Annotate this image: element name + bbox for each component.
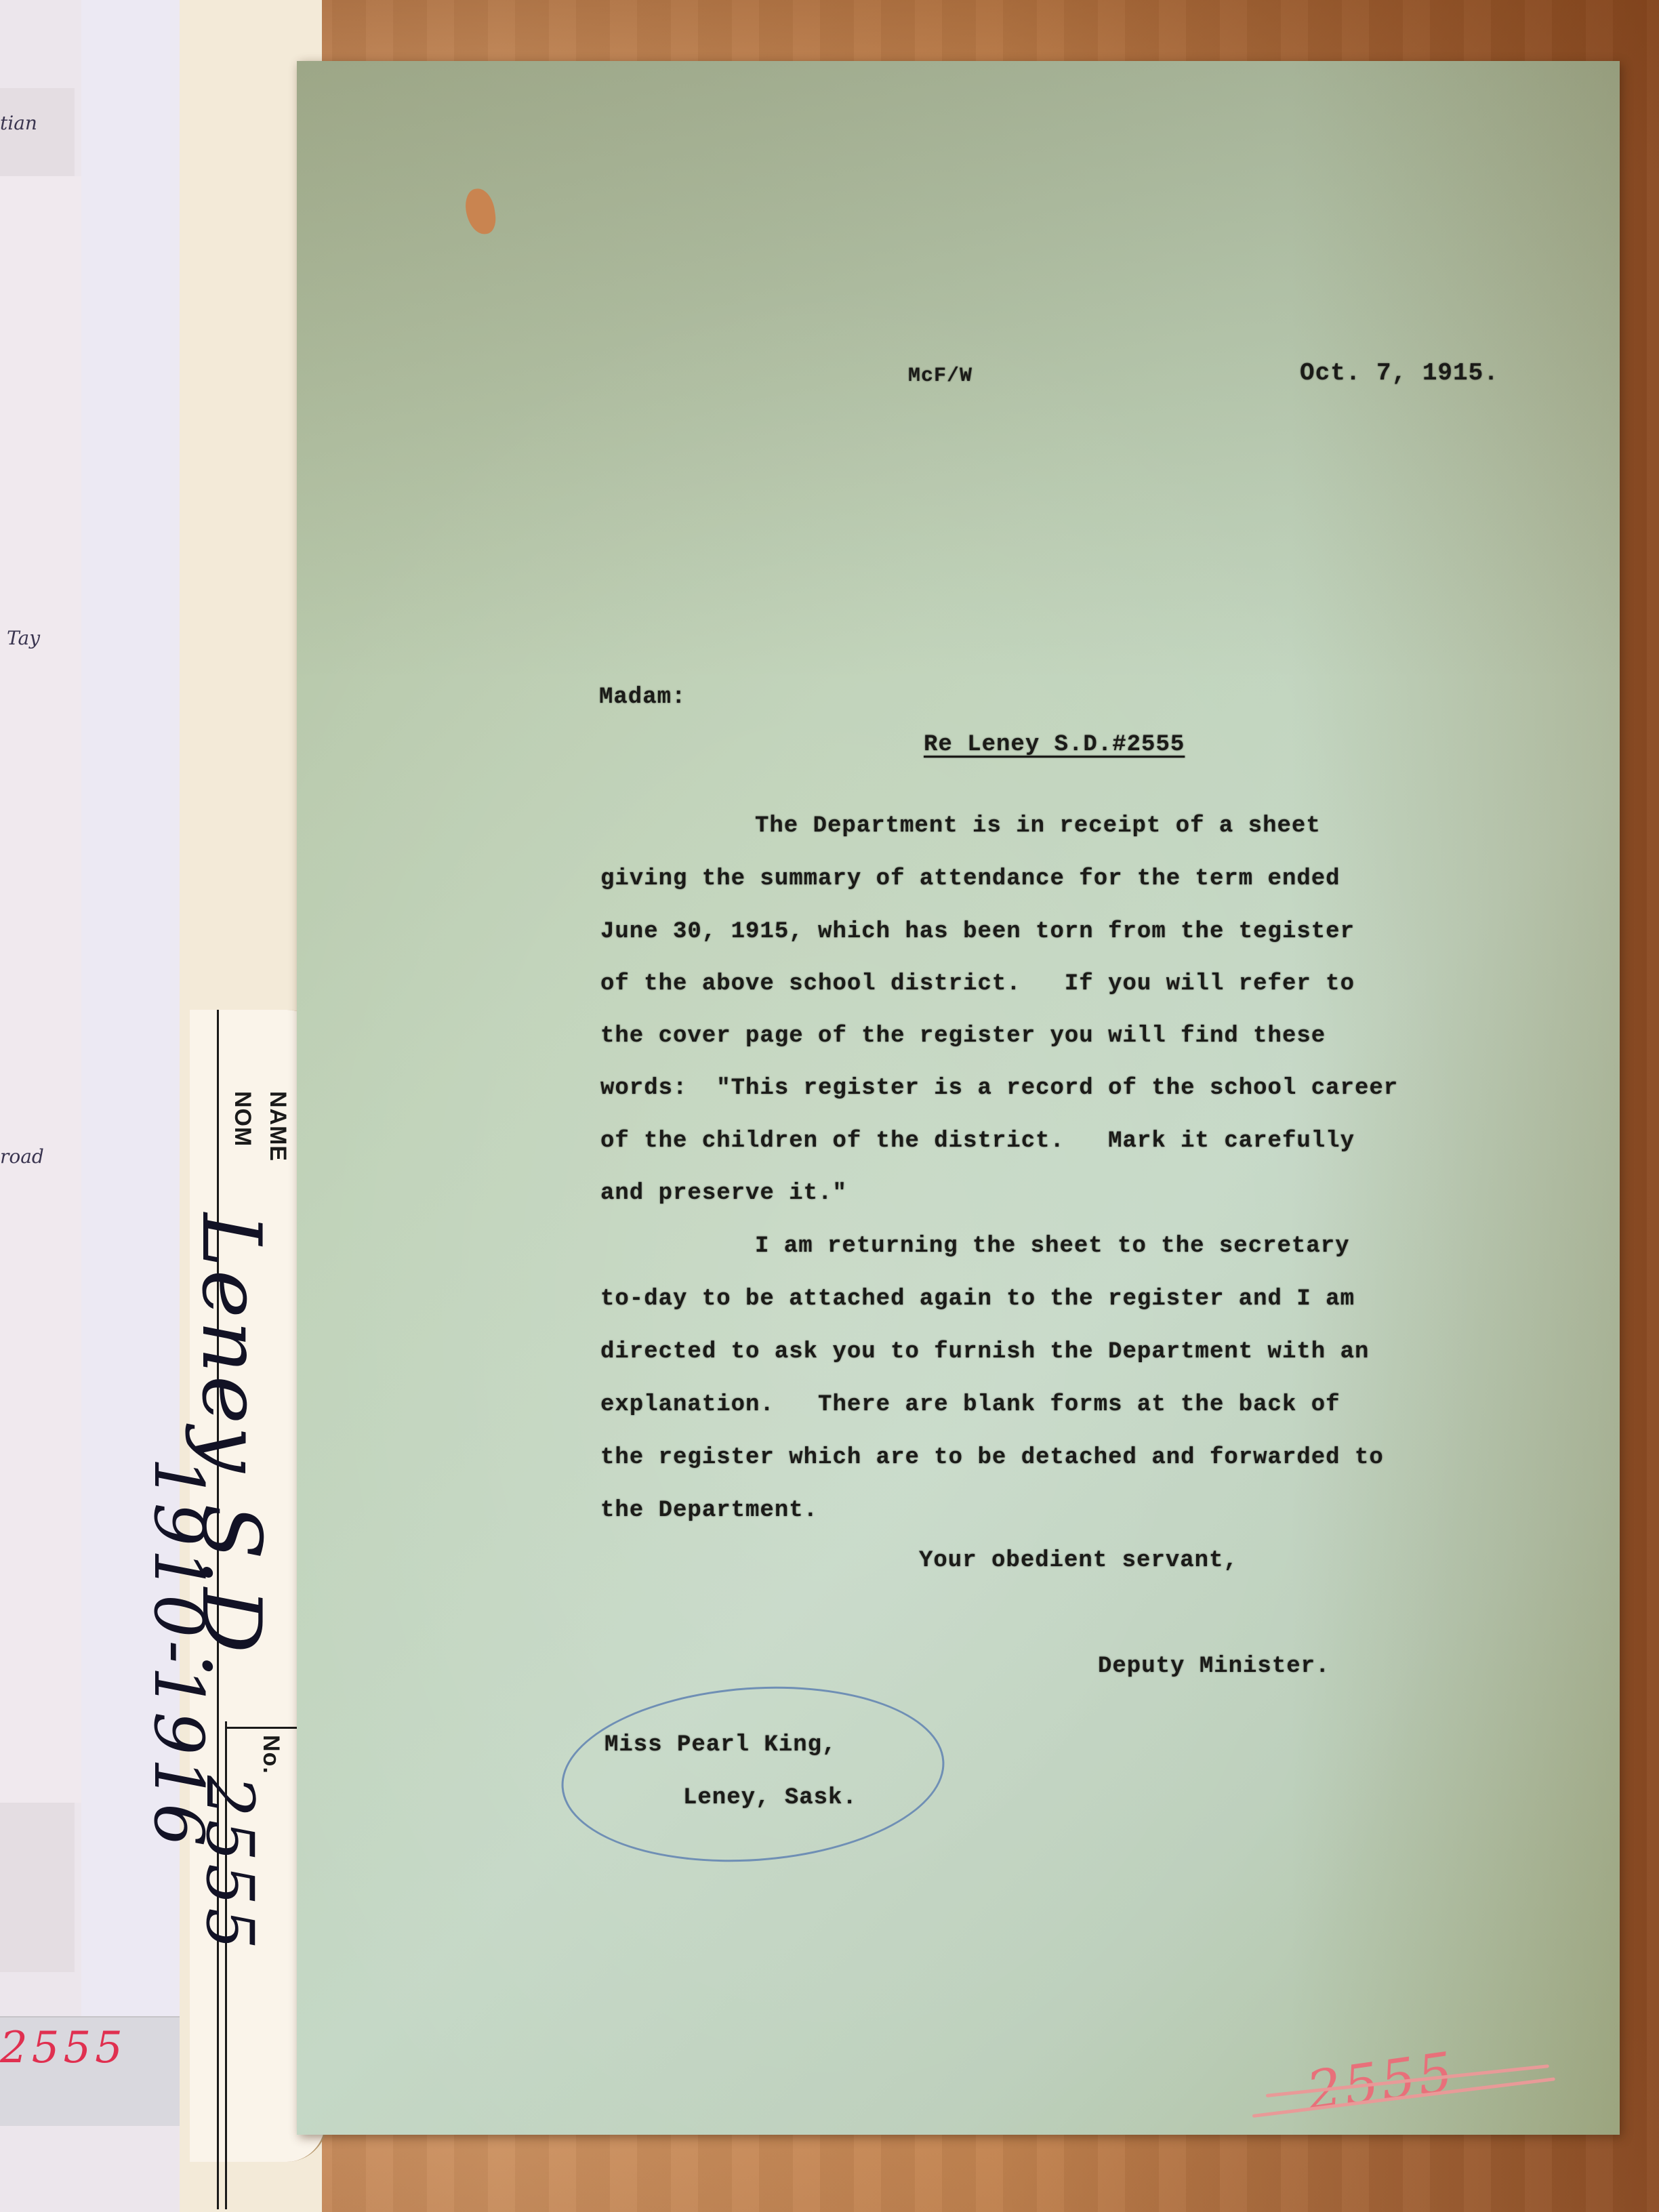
salutation: Madam:: [599, 684, 686, 710]
handwritten-fragment: tian: [0, 112, 37, 134]
body-line: words: "This register is a record of the…: [600, 1076, 1398, 1101]
signature-title: Deputy Minister.: [1098, 1654, 1330, 1679]
number-label: No.: [258, 1735, 284, 1774]
tab-rule: [227, 1727, 302, 1729]
body-line: of the children of the district. Mark it…: [600, 1128, 1355, 1154]
body-line: and preserve it.": [600, 1181, 847, 1206]
body-line: the cover page of the register you will …: [600, 1023, 1326, 1049]
body-line: June 30, 1915, which has been torn from …: [600, 919, 1355, 945]
tab-number-label: No.: [258, 1735, 285, 1774]
body-line: I am returning the sheet to the secretar…: [755, 1233, 1350, 1259]
name-label-fr: NOM: [230, 1091, 255, 1147]
reference-code: McF/W: [908, 365, 972, 388]
body-line: the register which are to be detached an…: [600, 1445, 1384, 1471]
body-line: the Department.: [600, 1498, 818, 1523]
handwritten-fragment: road: [0, 1145, 44, 1168]
typed-letter: McF/W Oct. 7, 1915. Madam: Re Leney S.D.…: [297, 61, 1620, 2135]
body-line: explanation. There are blank forms at th…: [600, 1392, 1340, 1418]
closing: Your obedient servant,: [919, 1548, 1238, 1574]
body-line: The Department is in receipt of a sheet: [755, 813, 1321, 839]
name-label-en: NAME: [265, 1091, 291, 1162]
tab-name-label: NAME: [264, 1091, 291, 1162]
folder-number-handwriting: 2555: [192, 1776, 268, 1952]
body-line: directed to ask you to furnish the Depar…: [600, 1339, 1369, 1365]
subject-line: Re Leney S.D.#2555: [924, 732, 1185, 758]
tab-number-value: 2555: [192, 1776, 268, 1952]
addressee-location: Leney, Sask.: [683, 1785, 857, 1811]
red-file-number: 2555: [0, 2023, 127, 2073]
body-line: giving the summary of attendance for the…: [600, 866, 1340, 892]
addressee-name: Miss Pearl King,: [605, 1732, 836, 1758]
body-line: of the above school district. If you wil…: [600, 971, 1355, 997]
handwritten-fragment: Tay: [7, 627, 40, 649]
tab-name-label-fr: NOM: [229, 1091, 256, 1147]
body-line: to-day to be attached again to the regis…: [600, 1286, 1355, 1312]
letter-date: Oct. 7, 1915.: [1300, 359, 1499, 387]
background-document-sheet: [0, 176, 83, 1803]
